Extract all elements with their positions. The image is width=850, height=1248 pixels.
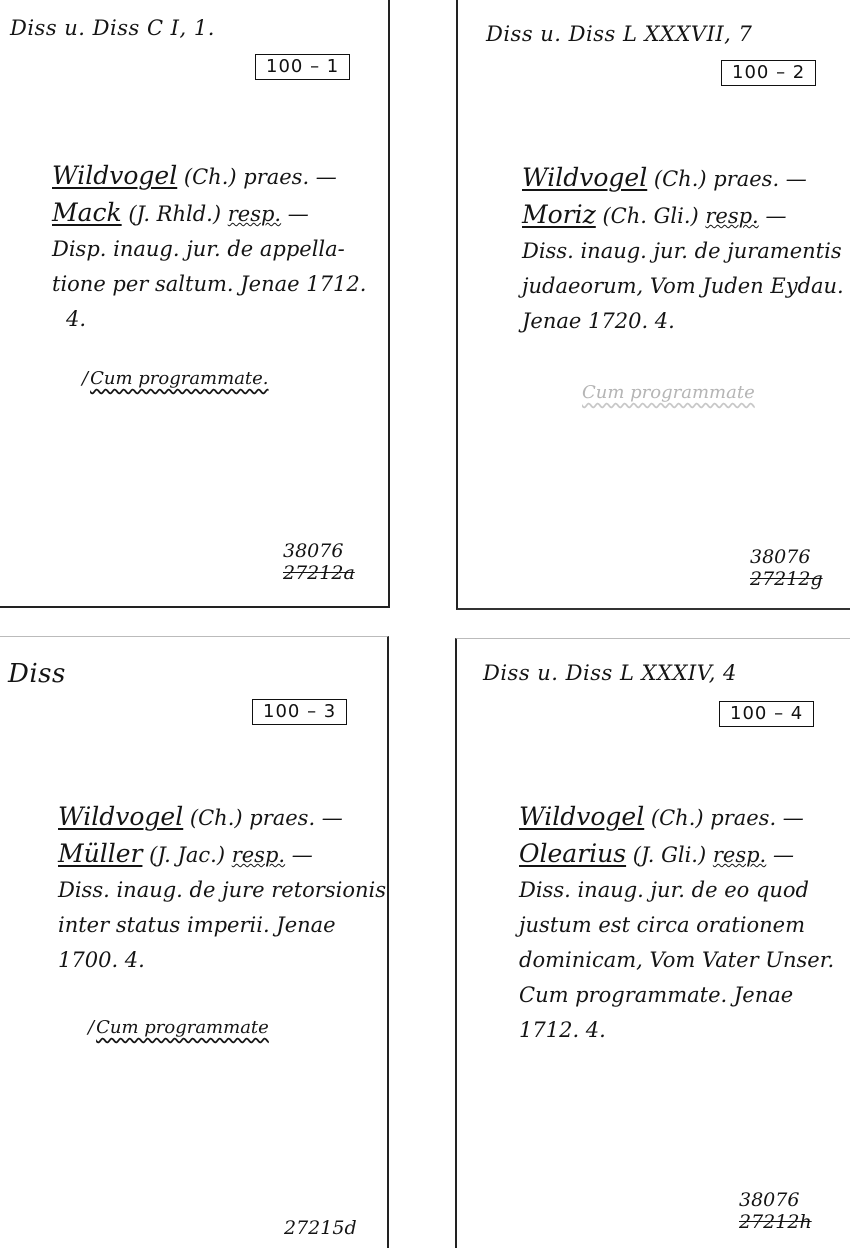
description-line: 1700. 4.	[58, 943, 386, 978]
praeses-line: Wildvogel (Ch.) praes. —	[519, 799, 834, 836]
accession-struck: 27212h	[739, 1211, 812, 1233]
catalog-card-2: Diss u. Diss L XXXVII, 7 100 – 2 Wildvog…	[456, 0, 850, 610]
card-label: 100 – 4	[719, 701, 814, 727]
praeses-role: (Ch.) praes. —	[184, 165, 337, 189]
resp-abbrev: resp.	[232, 843, 285, 867]
description-line: Diss. inaug. jur. de juramentis	[522, 234, 844, 269]
accession-numbers: 38076 27212g	[750, 546, 823, 590]
respondent-name: Mack	[52, 198, 122, 227]
respondent-line: Mack (J. Rhld.) resp. —	[52, 195, 366, 232]
accession-current: 27215d	[284, 1217, 357, 1239]
respondent-name: Müller	[58, 839, 142, 868]
card-label: 100 – 3	[252, 699, 347, 725]
respondent-name: Olearius	[519, 839, 626, 868]
description-line: tione per saltum. Jenae 1712.	[52, 267, 366, 302]
description-line: Jenae 1720. 4.	[522, 304, 844, 339]
note-text: Cum programmate	[96, 1017, 269, 1038]
praeses-role: (Ch.) praes. —	[190, 806, 343, 830]
accession-struck: 27212a	[283, 562, 355, 584]
card-label: 100 – 2	[721, 60, 816, 86]
call-number: Diss	[8, 659, 66, 689]
description-line: justum est circa orationem	[519, 908, 834, 943]
accession-numbers: 38076 27212a	[283, 540, 355, 584]
call-number: Diss u. Diss C I, 1.	[10, 16, 215, 40]
call-number: Diss u. Diss L XXXVII, 7	[486, 22, 752, 46]
call-number: Diss u. Diss L XXXIV, 4	[483, 661, 737, 685]
respondent-initials: (J. Jac.)	[149, 843, 225, 867]
resp-abbrev: resp.	[713, 843, 766, 867]
praeses-role: (Ch.) praes. —	[651, 806, 804, 830]
card-label: 100 – 1	[255, 54, 350, 80]
description-line: 1712. 4.	[519, 1013, 834, 1048]
bibliographic-entry: Wildvogel (Ch.) praes. — Moriz (Ch. Gli.…	[522, 160, 844, 339]
respondent-initials: (Ch. Gli.)	[602, 204, 698, 228]
praeses-line: Wildvogel (Ch.) praes. —	[58, 799, 386, 836]
praeses-name: Wildvogel	[58, 802, 183, 831]
resp-dash: —	[773, 843, 794, 867]
praeses-line: Wildvogel (Ch.) praes. —	[522, 160, 844, 197]
description-line: dominicam, Vom Vater Unser.	[519, 943, 834, 978]
description-line: inter status imperii. Jenae	[58, 908, 386, 943]
note-cum-programmate: /Cum programmate	[88, 1017, 269, 1038]
note-text: Cum programmate.	[90, 368, 268, 389]
resp-abbrev: resp.	[705, 204, 758, 228]
catalog-card-1: Diss u. Diss C I, 1. 100 – 1 Wildvogel (…	[0, 0, 390, 608]
respondent-line: Olearius (J. Gli.) resp. —	[519, 836, 834, 873]
praeses-role: (Ch.) praes. —	[654, 167, 807, 191]
bracket-mark: /	[88, 1017, 94, 1038]
bracket-mark: /	[82, 368, 88, 389]
description-line: 4.	[52, 302, 366, 337]
resp-dash: —	[292, 843, 313, 867]
accession-numbers: 38076 27212h	[739, 1189, 812, 1233]
description-line: Diss. inaug. de jure retorsionis	[58, 873, 386, 908]
bibliographic-entry: Wildvogel (Ch.) praes. — Mack (J. Rhld.)…	[52, 158, 366, 337]
accession-numbers: 27215d	[284, 1217, 357, 1239]
praeses-name: Wildvogel	[52, 161, 177, 190]
respondent-name: Moriz	[522, 200, 596, 229]
respondent-line: Moriz (Ch. Gli.) resp. —	[522, 197, 844, 234]
accession-struck: 27212g	[750, 568, 823, 590]
accession-current: 38076	[283, 540, 355, 562]
resp-dash: —	[765, 204, 786, 228]
praeses-name: Wildvogel	[522, 163, 647, 192]
note-cum-programmate: /Cum programmate.	[82, 368, 269, 389]
resp-dash: —	[288, 202, 309, 226]
description-line: Cum programmate. Jenae	[519, 978, 834, 1013]
praeses-line: Wildvogel (Ch.) praes. —	[52, 158, 366, 195]
bibliographic-entry: Wildvogel (Ch.) praes. — Olearius (J. Gl…	[519, 799, 834, 1048]
accession-current: 38076	[750, 546, 823, 568]
catalog-card-4: Diss u. Diss L XXXIV, 4 100 – 4 Wildvoge…	[455, 638, 850, 1248]
bibliographic-entry: Wildvogel (Ch.) praes. — Müller (J. Jac.…	[58, 799, 386, 978]
catalog-card-3: Diss 100 – 3 Wildvogel (Ch.) praes. — Mü…	[0, 636, 389, 1248]
accession-current: 38076	[739, 1189, 812, 1211]
respondent-initials: (J. Gli.)	[633, 843, 706, 867]
description-line: Diss. inaug. jur. de eo quod	[519, 873, 834, 908]
respondent-initials: (J. Rhld.)	[128, 202, 221, 226]
respondent-line: Müller (J. Jac.) resp. —	[58, 836, 386, 873]
description-line: judaeorum, Vom Juden Eydau.	[522, 269, 844, 304]
note-cum-programmate: Cum programmate	[582, 382, 755, 403]
resp-abbrev: resp.	[228, 202, 281, 226]
description-line: Disp. inaug. jur. de appella-	[52, 232, 366, 267]
praeses-name: Wildvogel	[519, 802, 644, 831]
